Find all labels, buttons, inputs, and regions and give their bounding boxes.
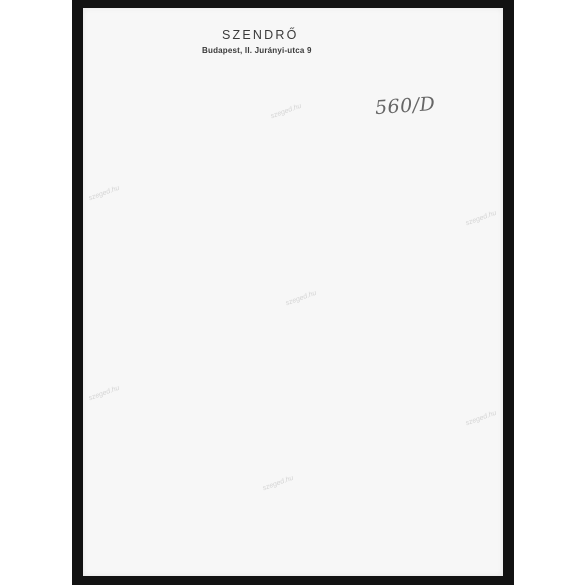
handwritten-note: 560/D (374, 93, 436, 119)
studio-stamp-name: SZENDRŐ (222, 28, 299, 42)
studio-stamp-address: Budapest, II. Jurányi-utca 9 (202, 46, 312, 55)
photo-back-paper (83, 8, 503, 576)
